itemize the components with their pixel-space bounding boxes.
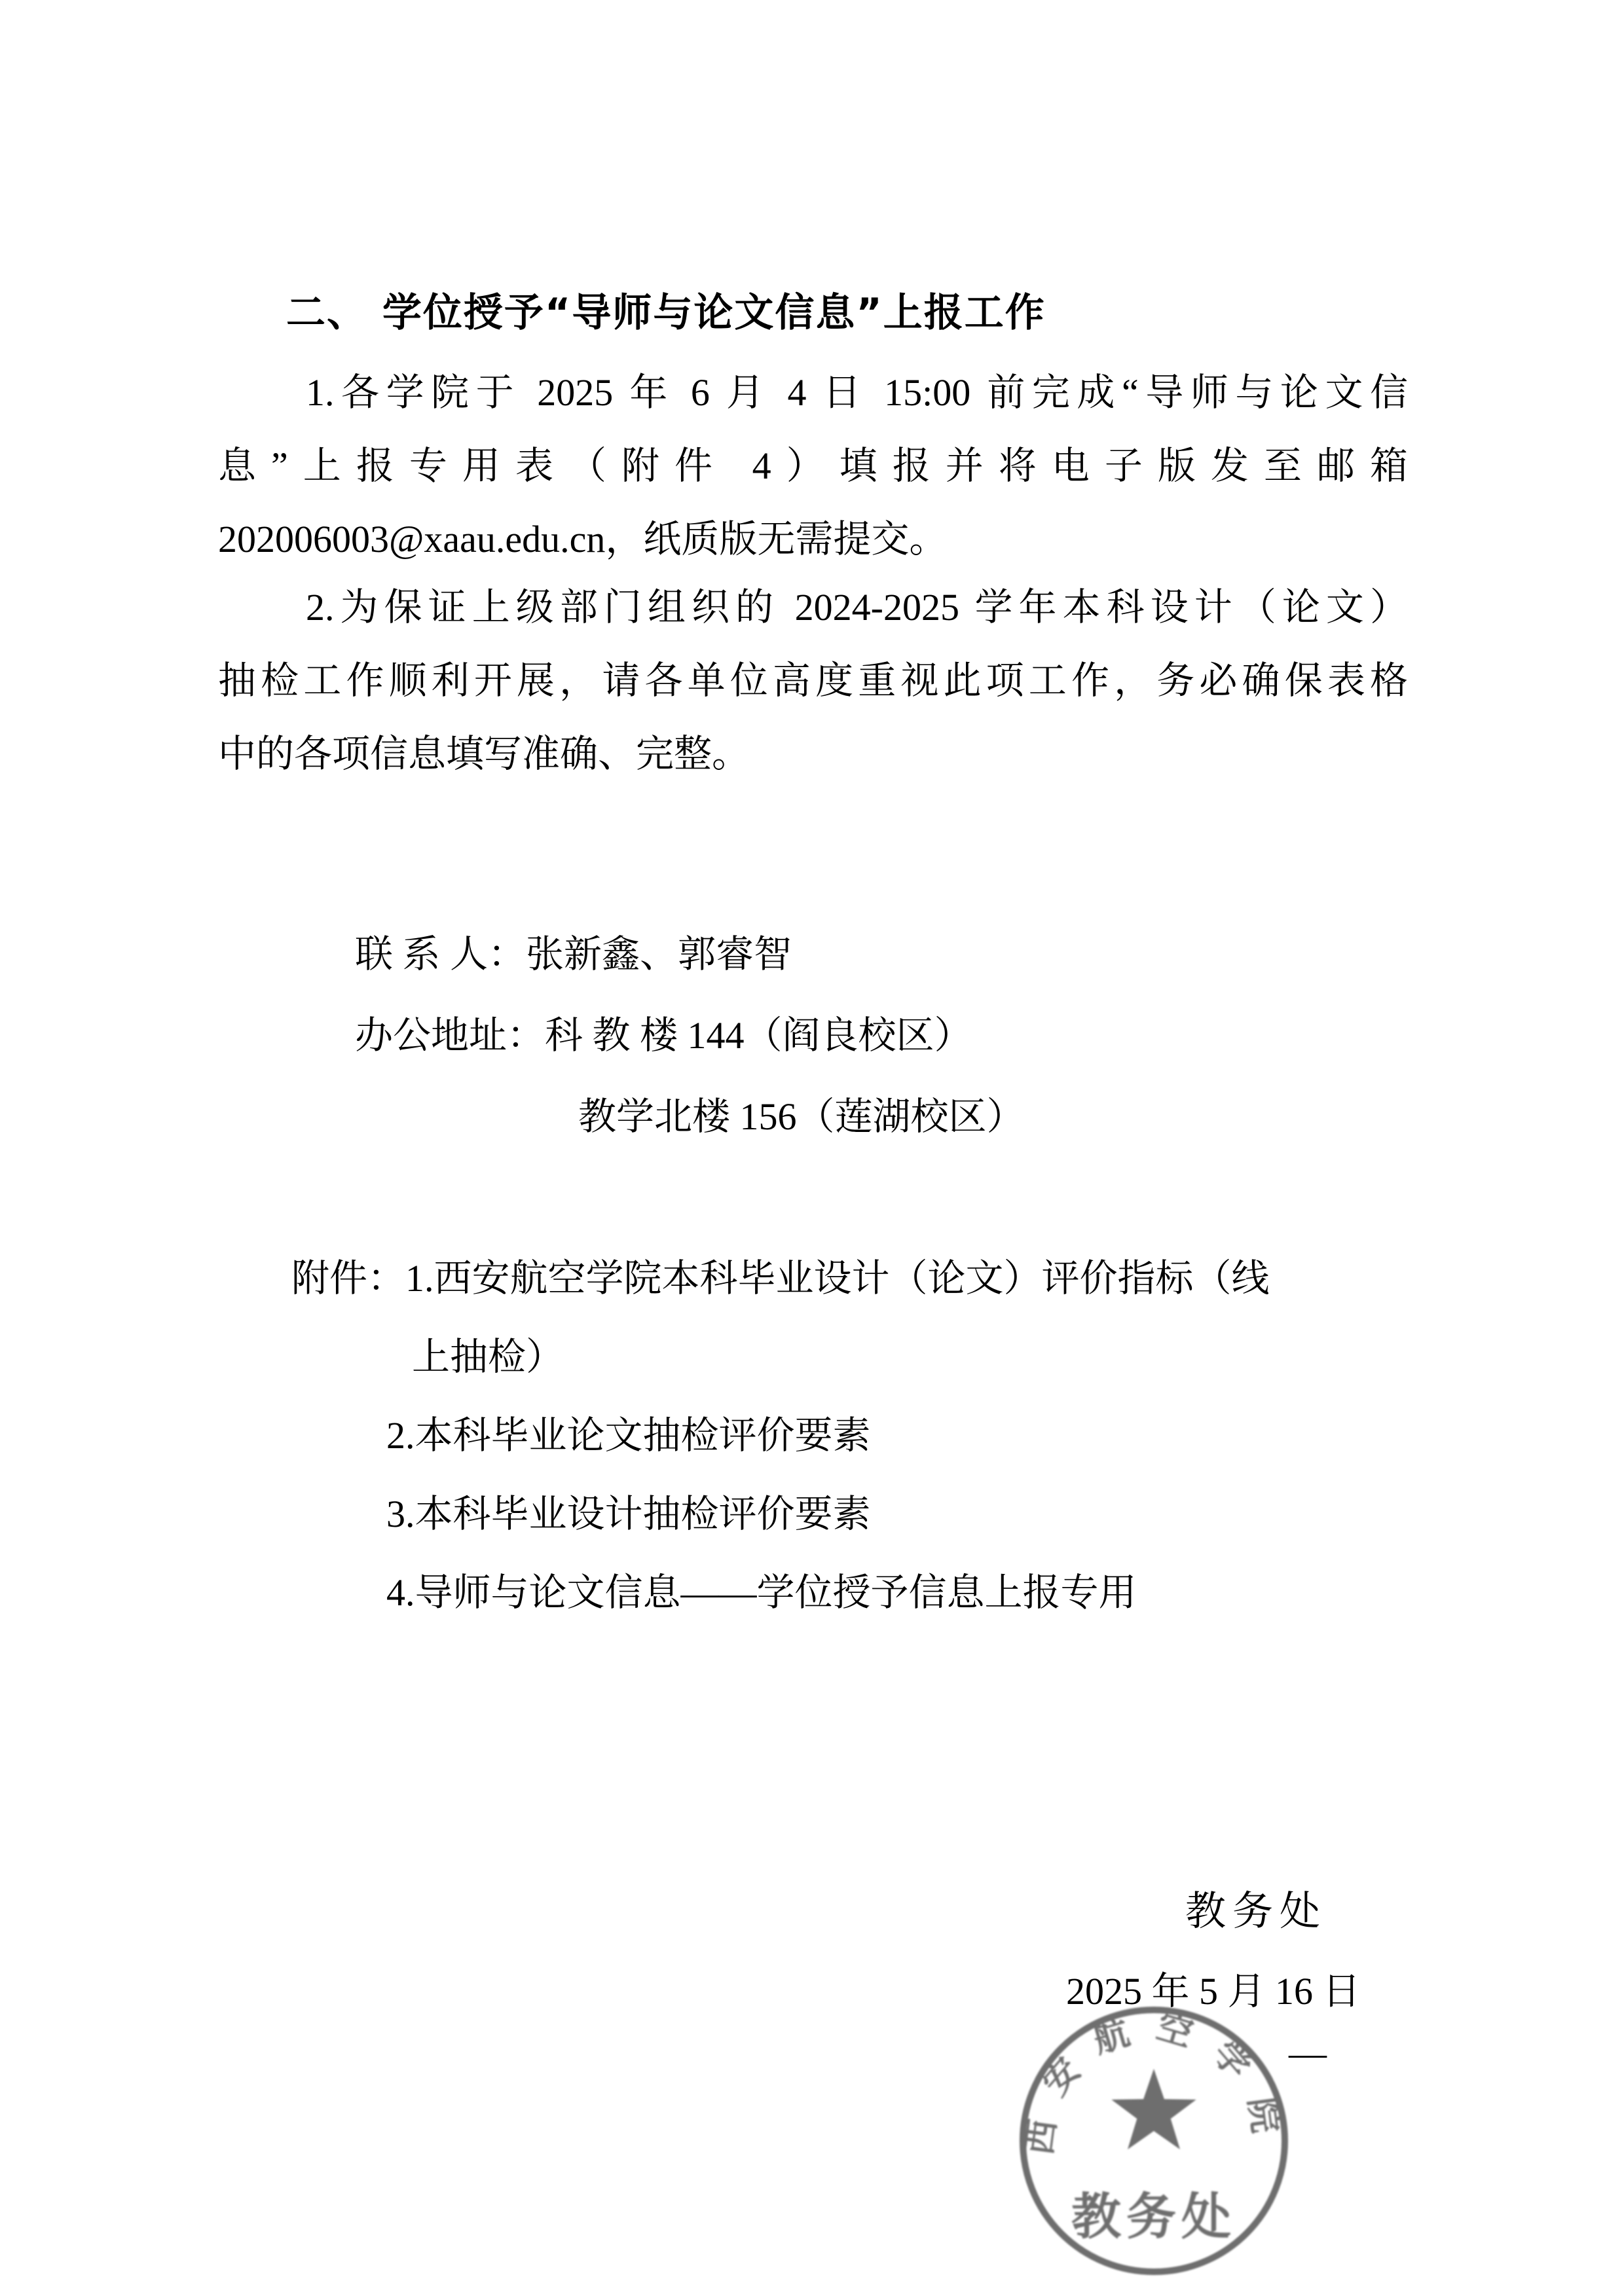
stray-dash-mark: — <box>1289 2027 1327 2079</box>
paragraph-1-line-2: 息”上报专用表（附件 4）填报并将电子版发至邮箱 <box>218 429 1408 503</box>
section-heading: 二、 学位授予“导师与论文信息”上报工作 <box>286 287 1046 339</box>
star-icon <box>1111 2069 1196 2149</box>
attachment-item-4: 4.导师与论文信息——学位授予信息上报专用 <box>291 1554 1444 1632</box>
contact-block: 联 系 人：张新鑫、郭睿智 办公地址：科 教 楼 144（阎良校区） 教学北楼 … <box>355 914 1025 1157</box>
paragraph-1-line-3: 202006003@xaau.edu.cn，纸质版无需提交。 <box>218 503 1408 576</box>
paragraph-2: 2.为保证上级部门组织的 2024-2025 学年本科设计（论文） 抽检工作顺利… <box>218 571 1408 791</box>
paragraph-2-line-3: 中的各项信息填写准确、完整。 <box>218 718 1408 791</box>
attachment-item-2: 2.本科毕业论文抽检评价要素 <box>291 1396 1444 1475</box>
official-seal-stamp: 西安航空学院 教务处 <box>1016 2003 1291 2296</box>
seal-bottom-text: 教务处 <box>1071 2190 1236 2245</box>
attachment-item-1-line-2: 上抽检） <box>291 1318 1444 1396</box>
attachment-item-3: 3.本科毕业设计抽检评价要素 <box>291 1475 1444 1554</box>
signature-department: 教务处 <box>1185 1880 1327 1943</box>
paragraph-2-line-1: 2.为保证上级部门组织的 2024-2025 学年本科设计（论文） <box>218 571 1408 644</box>
attachments-label: 附件： <box>291 1257 405 1300</box>
attachments-block: 附件：1.西安航空学院本科毕业设计（论文）评价指标（线 上抽检） 2.本科毕业论… <box>291 1239 1444 1632</box>
attachment-item-1-line-1: 附件：1.西安航空学院本科毕业设计（论文）评价指标（线 <box>291 1239 1444 1318</box>
contact-person-line: 联 系 人：张新鑫、郭睿智 <box>355 914 1025 995</box>
paragraph-2-line-2: 抽检工作顺利开展，请各单位高度重视此项工作，务必确保表格 <box>218 644 1408 718</box>
office-address-line-2: 教学北楼 156（莲湖校区） <box>355 1076 1025 1157</box>
attachment-item-1-text: 1.西安航空学院本科毕业设计（论文）评价指标（线 <box>405 1257 1270 1300</box>
document-page: 西安航空学院 教务处 二、 学位授予“导师与论文信息”上报工作 1.各学院于 2… <box>0 0 1624 2296</box>
paragraph-1-line-1: 1.各学院于 2025 年 6 月 4 日 15:00 前完成“导师与论文信 <box>218 356 1408 429</box>
office-address-line-1: 办公地址：科 教 楼 144（阎良校区） <box>355 995 1025 1076</box>
paragraph-1: 1.各学院于 2025 年 6 月 4 日 15:00 前完成“导师与论文信 息… <box>218 356 1408 576</box>
signature-date: 2025 年 5 月 16 日 <box>1066 1960 1361 2023</box>
